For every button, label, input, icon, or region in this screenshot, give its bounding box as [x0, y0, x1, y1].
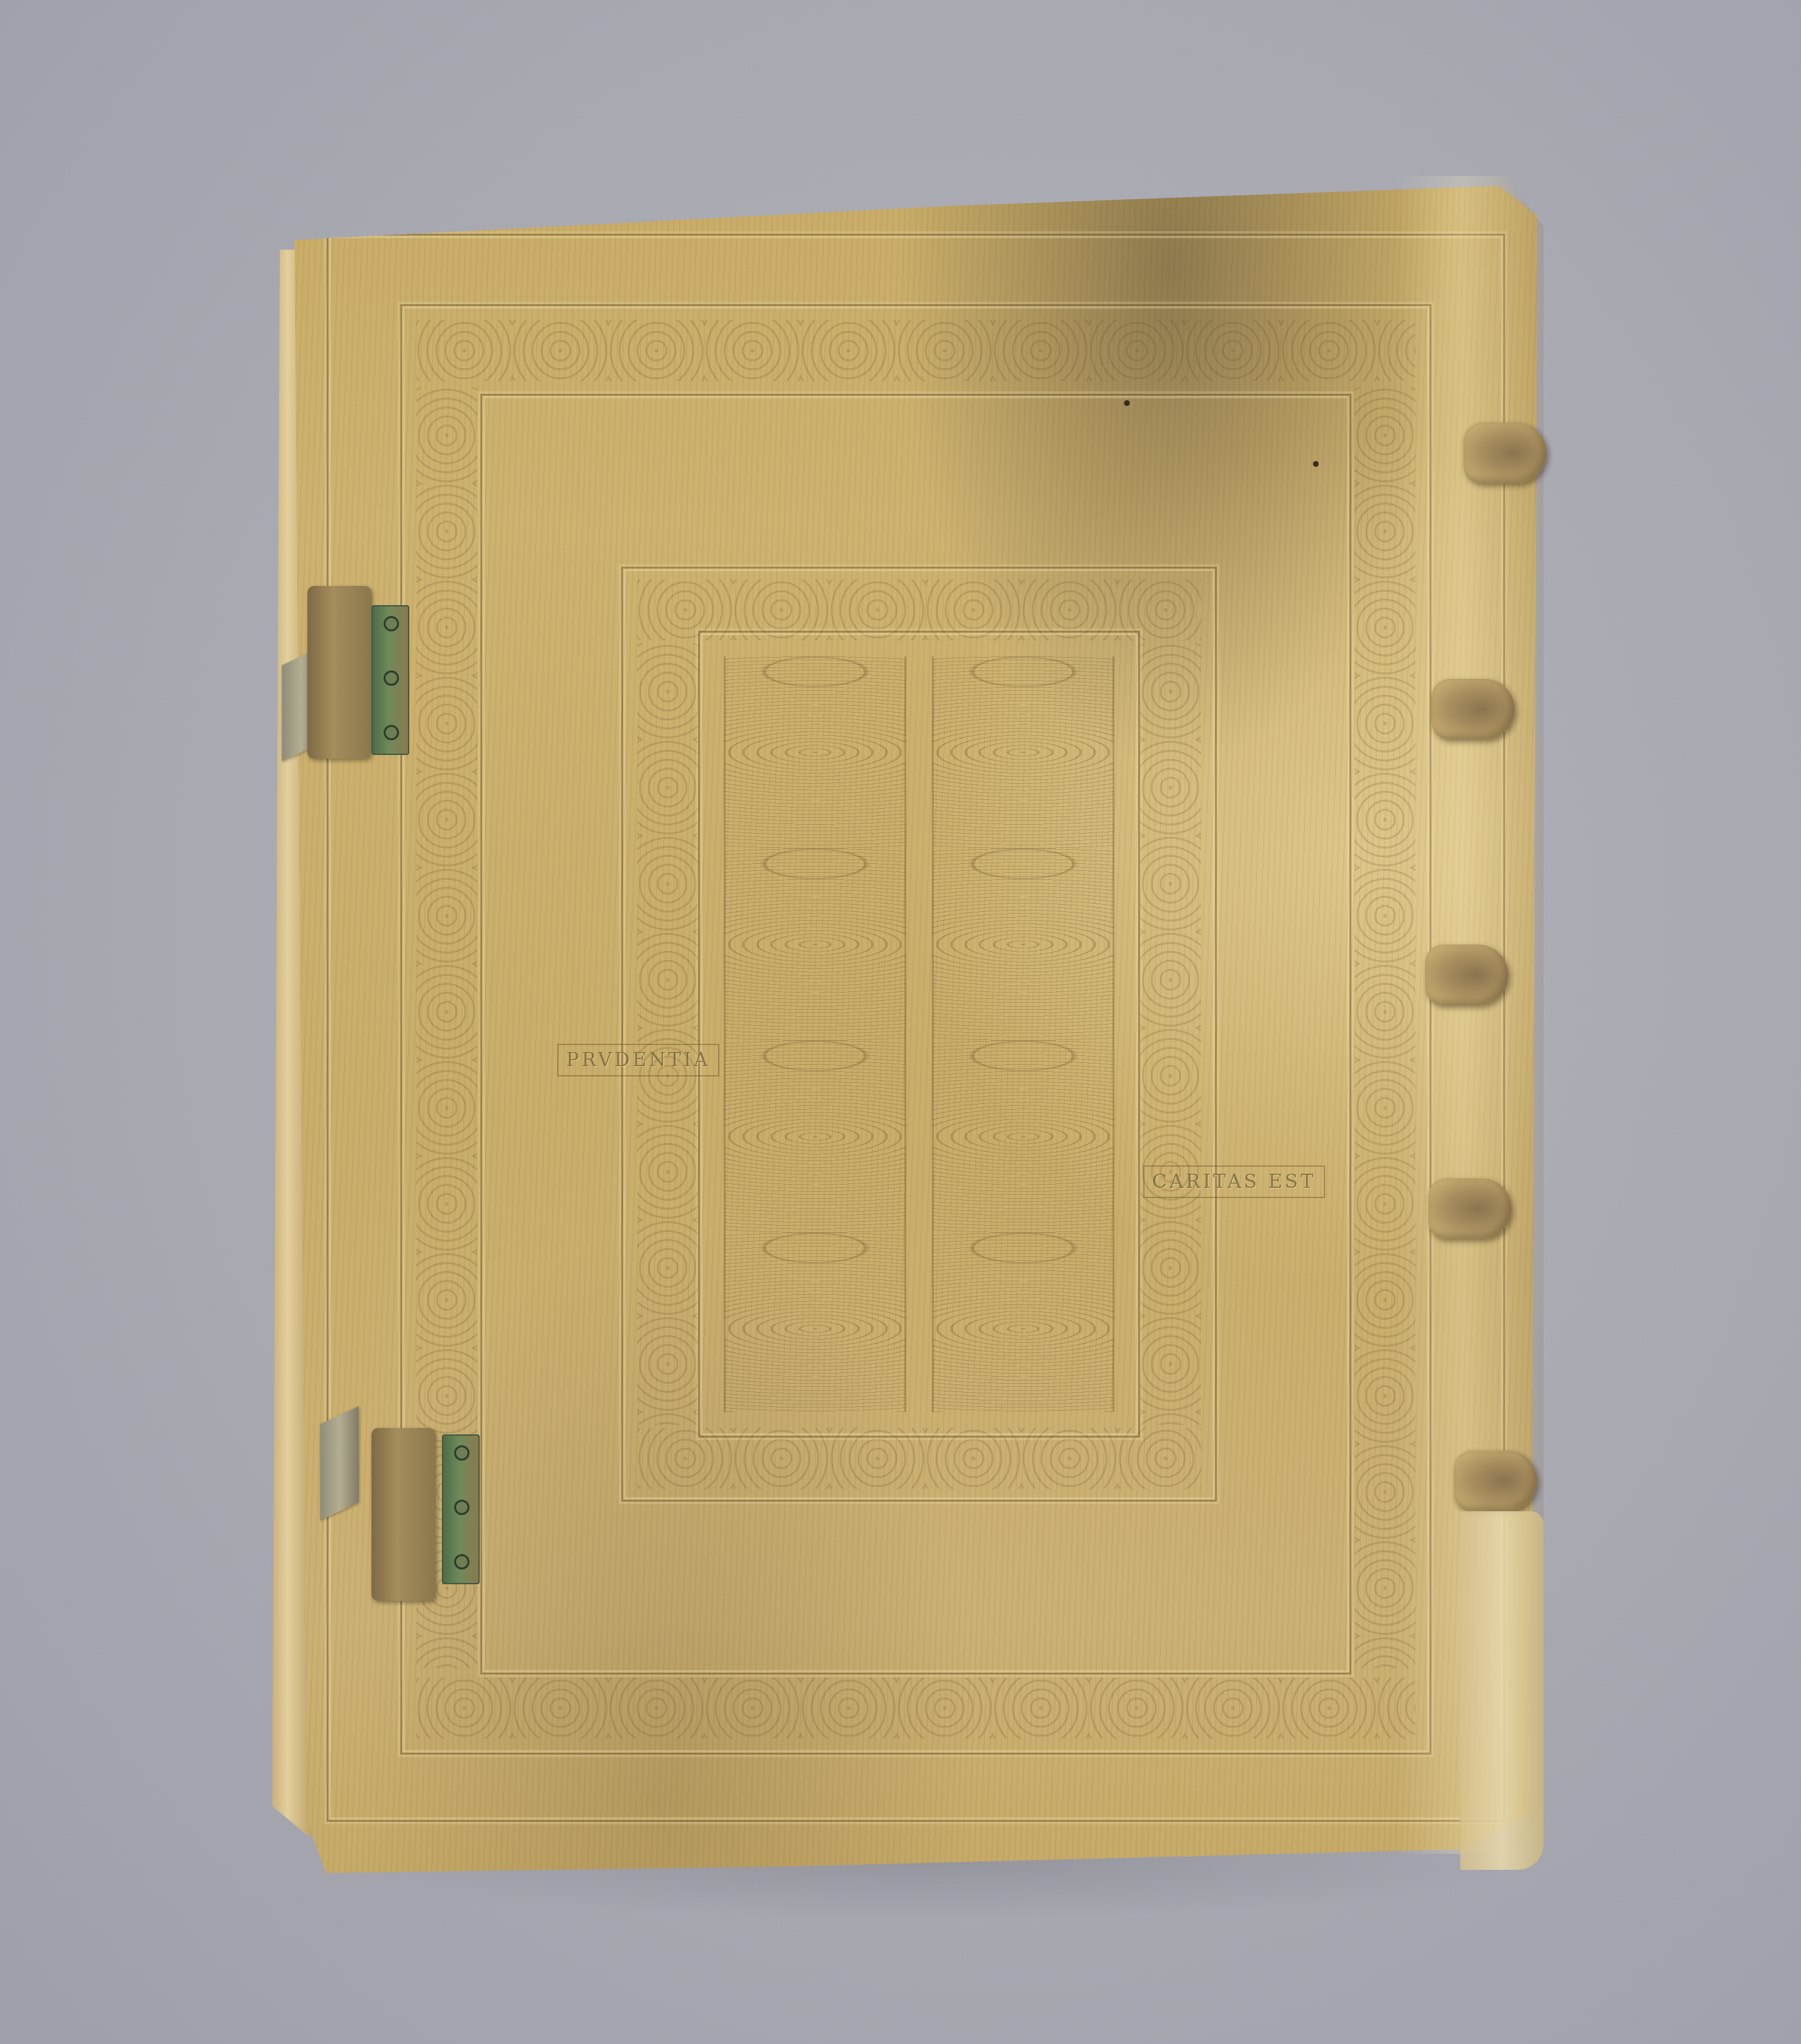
inner-roll-left	[637, 644, 698, 1425]
roll-border-top	[416, 320, 1415, 381]
roll-border-bottom	[416, 1678, 1415, 1739]
raised-band-1	[1463, 423, 1547, 483]
clasp-plate	[442, 1434, 480, 1584]
rivet-icon	[454, 1445, 469, 1461]
stamped-label-prudentia: PRVDENTIA	[557, 1044, 719, 1076]
interlace-strip-left	[724, 656, 906, 1412]
raised-band-2	[1431, 679, 1515, 740]
clasp-strap	[371, 1428, 436, 1601]
rivet-icon	[454, 1500, 469, 1515]
spine-tail-vellum	[1460, 1511, 1544, 1870]
clasp-plate	[371, 605, 409, 755]
rivet-icon	[384, 670, 399, 686]
central-panel	[724, 656, 1114, 1412]
inner-roll-right	[1140, 644, 1201, 1425]
interlace-strip-right	[932, 656, 1114, 1412]
rivet-icon	[384, 725, 399, 740]
inner-roll-bottom	[637, 1428, 1201, 1489]
worm-hole	[1313, 461, 1319, 467]
worm-hole	[1124, 400, 1130, 406]
second-fillet-frame	[400, 304, 1431, 1755]
outer-fillet-frame	[327, 234, 1505, 1822]
raised-band-4	[1428, 1178, 1512, 1239]
clasp-strap	[307, 586, 371, 759]
inner-roll-top	[637, 580, 1201, 640]
rivet-icon	[454, 1554, 469, 1569]
raised-band-5	[1454, 1450, 1537, 1511]
raised-band-3	[1425, 945, 1508, 1005]
stamped-label-caritas: CARITAS EST	[1143, 1165, 1325, 1198]
book-front-cover: CARITAS EST PRVDENTIA	[288, 182, 1550, 1873]
center-panel-frame	[698, 631, 1140, 1438]
inner-fillet-frame	[621, 567, 1217, 1502]
third-fillet-frame	[480, 394, 1351, 1675]
rivet-icon	[384, 616, 399, 631]
photo-scene: CARITAS EST PRVDENTIA	[0, 0, 1801, 2044]
clasp-hook	[320, 1406, 359, 1520]
